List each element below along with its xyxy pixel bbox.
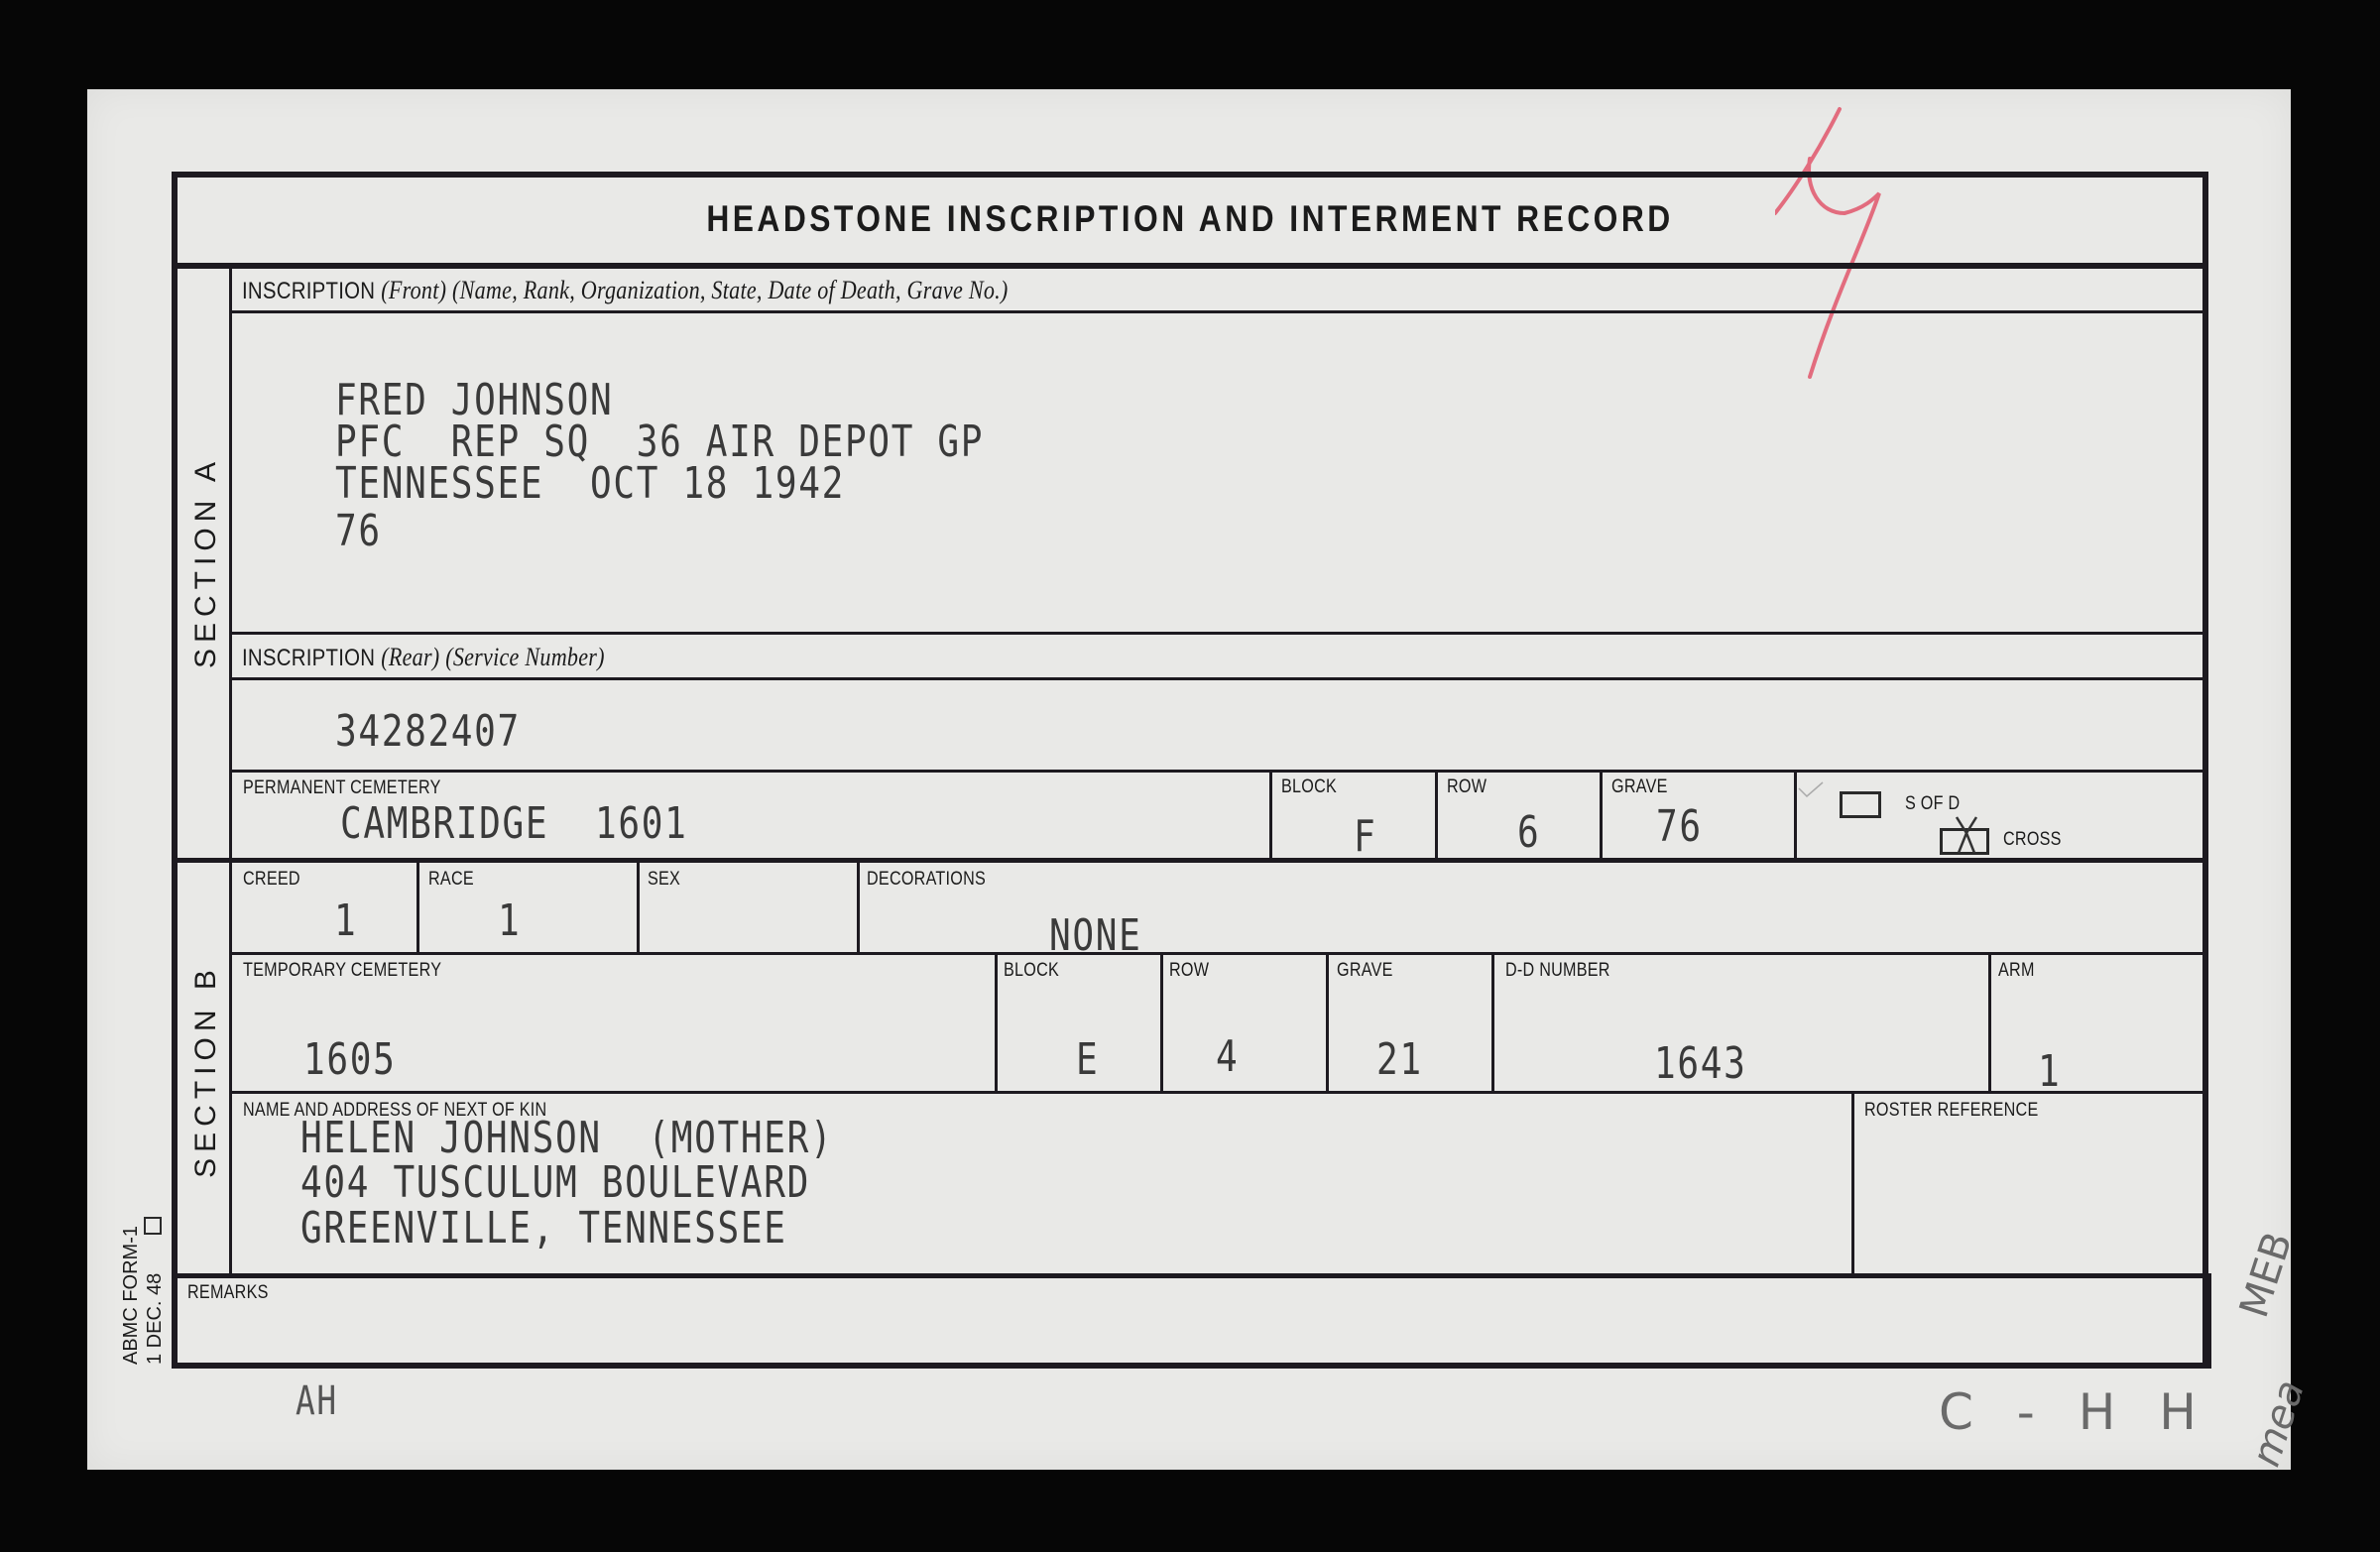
divider [416,861,419,954]
divider [637,861,640,954]
inscription-front-label: INSCRIPTION (Front) (Name, Rank, Organiz… [242,276,1009,305]
cross-checkbox[interactable] [1940,828,1989,855]
perm-grave-label: GRAVE [1611,776,1668,798]
service-number-field[interactable]: 34282407 [335,706,521,757]
divider [857,861,860,954]
divider [1600,772,1603,861]
temp-row-field[interactable]: 4 [1216,1031,1239,1082]
creed-label: CREED [243,869,300,891]
nok-line-name[interactable]: HELEN JOHNSON (MOTHER) [300,1113,833,1163]
remarks-frame-edge [2205,1273,2211,1369]
perm-row-label: ROW [1447,776,1487,798]
divider [1269,772,1272,861]
race-field[interactable]: 1 [498,895,521,946]
temp-block-field[interactable]: E [1076,1034,1099,1085]
divider [1435,772,1438,861]
roster-reference-label: ROSTER REFERENCE [1864,1100,2038,1122]
check-tick-icon [1797,780,1827,802]
divider [1851,1093,1854,1275]
section-b-label: SECTION B [189,962,223,1180]
divider [231,770,2208,773]
temp-row-label: ROW [1169,960,1209,982]
form-id: ABMC FORM-1 1 DEC. 48 [119,1226,167,1365]
form-id-line2: 1 DEC. 48 [143,1226,167,1365]
remarks-label: REMARKS [187,1282,269,1304]
temporary-cemetery-field[interactable]: 1605 [303,1034,396,1085]
divider [995,954,998,1093]
section-column-divider [229,266,232,1275]
divider [231,952,2208,955]
divider [1491,954,1494,1093]
label-text: INSCRIPTION [242,278,375,304]
temp-grave-field[interactable]: 21 [1376,1034,1423,1085]
decorations-field[interactable]: NONE [1049,910,1141,961]
divider [231,1091,2208,1094]
decorations-label: DECORATIONS [867,869,986,891]
dd-number-field[interactable]: 1643 [1654,1038,1746,1089]
temporary-cemetery-label: TEMPORARY CEMETERY [243,960,441,982]
divider [1160,954,1163,1093]
section-divider [172,858,2208,863]
dd-number-label: D-D NUMBER [1505,960,1610,982]
race-label: RACE [428,869,474,891]
divider [1988,954,1991,1093]
annotation-ah: AH [296,1378,338,1424]
s-of-d-checkbox[interactable] [1840,791,1881,818]
title-divider [172,263,2208,269]
annotation-c-hh: C - H H [1939,1383,2210,1441]
nok-line-street[interactable]: 404 TUSCULUM BOULEVARD [300,1157,810,1208]
label-text: INSCRIPTION [242,645,375,671]
permanent-cemetery-field[interactable]: CAMBRIDGE 1601 [340,798,687,849]
inscription-line-grave[interactable]: 76 [335,506,382,556]
perm-row-field[interactable]: 6 [1517,807,1540,858]
perm-block-label: BLOCK [1281,776,1337,798]
divider [231,677,2208,680]
label-italic: (Rear) (Service Number) [381,643,605,671]
label-italic: (Front) (Name, Rank, Organization, State… [381,276,1008,304]
inscription-rear-label: INSCRIPTION (Rear) (Service Number) [242,643,605,672]
temp-block-label: BLOCK [1004,960,1059,982]
arm-field[interactable]: 1 [2038,1046,2061,1097]
check-x-icon [1943,815,1986,855]
sex-label: SEX [648,869,680,891]
divider [231,632,2208,635]
divider [1326,954,1329,1093]
temp-grave-label: GRAVE [1337,960,1393,982]
inscription-line-state-date[interactable]: TENNESSEE OCT 18 1942 [335,458,845,509]
perm-grave-field[interactable]: 76 [1656,801,1703,852]
cross-label: CROSS [2003,829,2062,851]
permanent-cemetery-label: PERMANENT CEMETERY [243,777,441,799]
form-id-line1: ABMC FORM-1 [119,1226,143,1365]
section-a-label: SECTION A [189,453,223,671]
s-of-d-label: S OF D [1905,793,1960,815]
remarks-divider [172,1273,2211,1278]
form-title: HEADSTONE INSCRIPTION AND INTERMENT RECO… [314,172,2066,266]
perm-block-field[interactable]: F [1354,811,1376,862]
nok-line-city[interactable]: GREENVILLE, TENNESSEE [300,1203,787,1254]
creed-field[interactable]: 1 [334,895,357,946]
divider [231,310,2208,313]
form-corner-box [144,1217,162,1235]
arm-label: ARM [1998,960,2035,982]
